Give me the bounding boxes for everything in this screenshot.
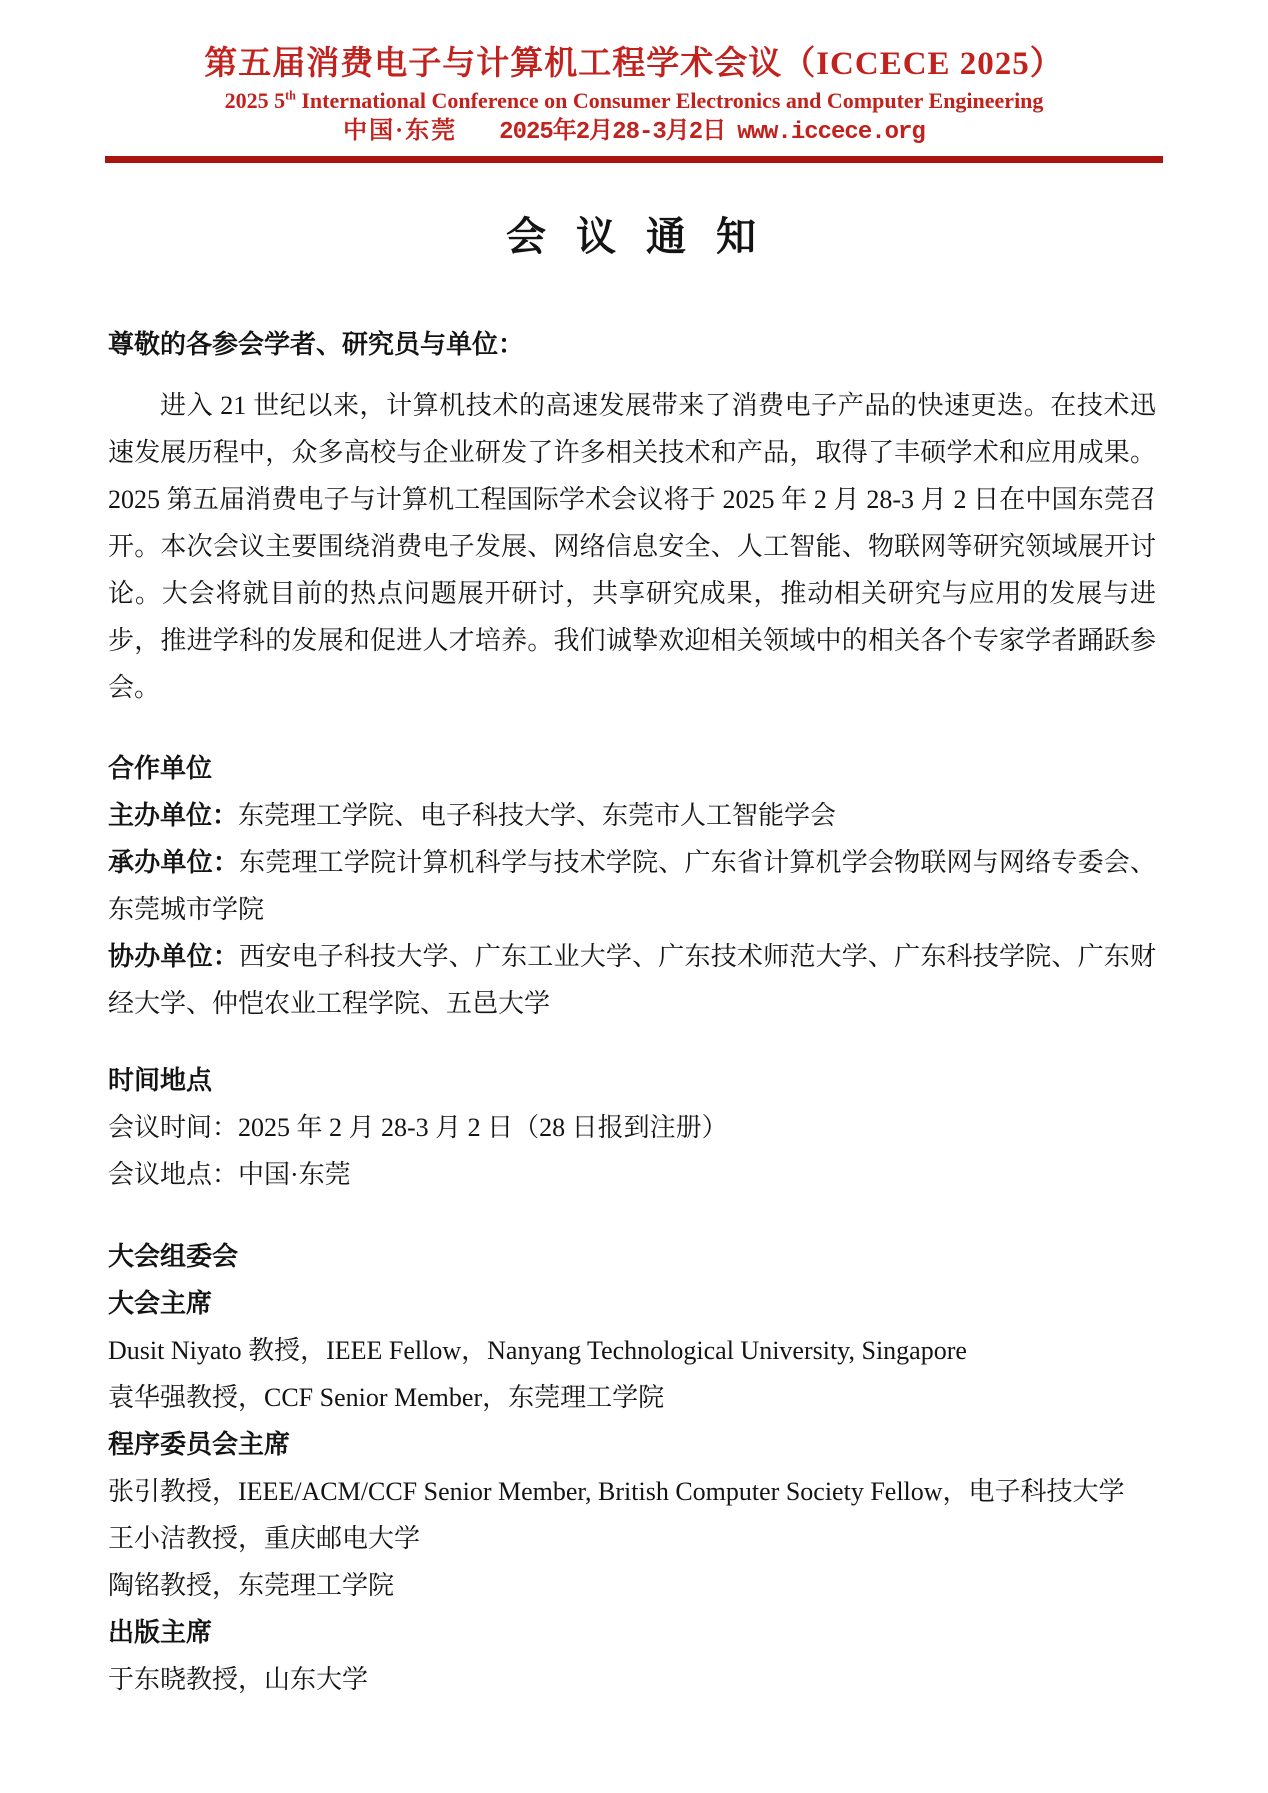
notice-body: 会 议 通 知 尊敬的各参会学者、研究员与单位： 进入 21 世纪以来，计算机技…	[0, 213, 1268, 1703]
notice-title: 会 议 通 知	[108, 213, 1156, 261]
document-page: 第五届消费电子与计算机工程学术会议（ICCECE 2025） 2025 5th …	[0, 0, 1268, 1793]
conference-location: 中国·东莞	[343, 118, 457, 144]
conference-title-en-prefix: 2025 5	[225, 88, 286, 113]
co-organizer-units-line: 协办单位：西安电子科技大学、广东工业大学、广东技术师范大学、广东科技学院、广东财…	[108, 933, 1156, 1027]
conference-title-cn: 第五届消费电子与计算机工程学术会议（ICCECE 2025）	[105, 46, 1163, 84]
committee-member-line: Dusit Niyato 教授，IEEE Fellow，Nanyang Tech…	[108, 1327, 1156, 1374]
organizer-units-label: 承办单位：	[108, 848, 239, 877]
section-heading-cooperation: 合作单位	[108, 745, 1156, 792]
header-divider-rule	[105, 156, 1163, 163]
group-title-program-chairs: 程序委员会主席	[108, 1421, 1156, 1468]
group-title-publication-chairs: 出版主席	[108, 1609, 1156, 1656]
committee-member-line: 王小洁教授，重庆邮电大学	[108, 1515, 1156, 1562]
committee-member-line: 袁华强教授，CCF Senior Member，东莞理工学院	[108, 1374, 1156, 1421]
conference-dates: 2025年2月28-3月2日	[499, 119, 725, 146]
group-title-general-chairs: 大会主席	[108, 1280, 1156, 1327]
intro-paragraph: 进入 21 世纪以来，计算机技术的高速发展带来了消费电子产品的快速更迭。在技术迅…	[108, 382, 1156, 711]
conference-website: www.iccece.org	[737, 119, 925, 146]
conference-title-en-ordinal: th	[285, 89, 296, 103]
committee-member-line: 张引教授，IEEE/ACM/CCF Senior Member, British…	[108, 1468, 1156, 1515]
salutation: 尊敬的各参会学者、研究员与单位：	[108, 321, 1156, 368]
conference-info-line: 中国·东莞2025年2月28-3月2日www.iccece.org	[105, 118, 1163, 147]
co-organizer-units-label: 协办单位：	[108, 942, 239, 971]
committee-member-line: 陶铭教授，东莞理工学院	[108, 1562, 1156, 1609]
conference-title-en: 2025 5th International Conference on Con…	[105, 89, 1163, 113]
conference-letterhead: 第五届消费电子与计算机工程学术会议（ICCECE 2025） 2025 5th …	[0, 0, 1268, 163]
co-organizer-units-value: 西安电子科技大学、广东工业大学、广东技术师范大学、广东科技学院、广东财经大学、仲…	[108, 942, 1156, 1018]
host-units-label: 主办单位：	[108, 801, 238, 830]
committee-member-line: 于东晓教授，山东大学	[108, 1656, 1156, 1703]
section-heading-time-place: 时间地点	[108, 1057, 1156, 1104]
section-heading-committee: 大会组委会	[108, 1233, 1156, 1280]
host-units-value: 东莞理工学院、电子科技大学、东莞市人工智能学会	[238, 801, 836, 830]
meeting-time-line: 会议时间：2025 年 2 月 28-3 月 2 日（28 日报到注册）	[108, 1104, 1156, 1151]
organizer-units-value: 东莞理工学院计算机科学与技术学院、广东省计算机学会物联网与网络专委会、东莞城市学…	[108, 848, 1156, 924]
meeting-place-line: 会议地点：中国·东莞	[108, 1151, 1156, 1198]
organizer-units-line: 承办单位：东莞理工学院计算机科学与技术学院、广东省计算机学会物联网与网络专委会、…	[108, 839, 1156, 933]
host-units-line: 主办单位：东莞理工学院、电子科技大学、东莞市人工智能学会	[108, 792, 1156, 839]
conference-title-en-rest: International Conference on Consumer Ele…	[296, 88, 1044, 113]
